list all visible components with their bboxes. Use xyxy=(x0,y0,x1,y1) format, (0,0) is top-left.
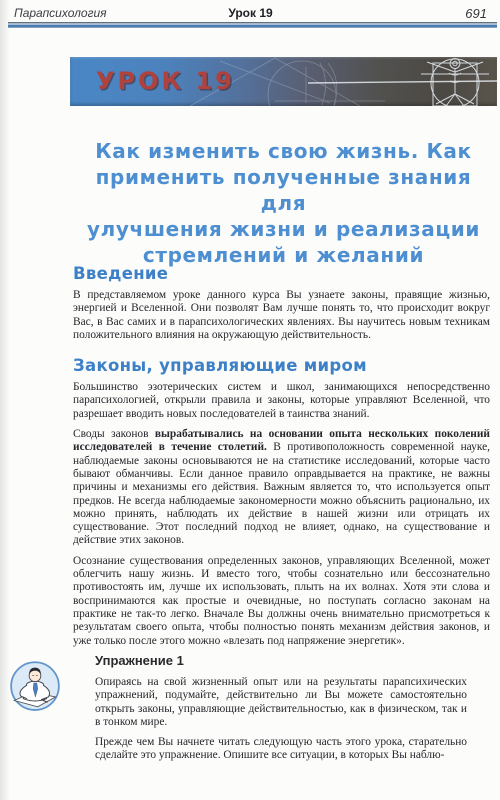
laws-paragraph-2-rest: В противоположность современной науке, н… xyxy=(73,441,490,546)
exercise-paragraph-2: Прежде чем Вы начнете читать следующую ч… xyxy=(95,736,467,763)
lesson-banner-label: УРОК 19 xyxy=(96,66,235,94)
writing-person-icon xyxy=(8,660,62,714)
chapter-title: Как изменить свою жизнь. Как применить п… xyxy=(70,138,497,268)
laws-paragraph-1: Большинство эзотерических систем и школ,… xyxy=(73,381,490,421)
running-head: Парапсихология Урок 19 691 xyxy=(14,6,487,22)
exercise-paragraph-1: Опираясь на свой жизненный опыт или на р… xyxy=(95,676,467,729)
chapter-title-line: применить полученные знания для xyxy=(70,164,497,216)
header-divider-rule xyxy=(8,22,497,28)
laws-paragraph-2: Своды законов вырабатывались на основани… xyxy=(73,428,490,548)
exercise-heading: Упражнение 1 xyxy=(95,653,467,668)
chapter-title-line: улучшения жизни и реализации xyxy=(70,216,497,242)
chapter-title-line: Как изменить свою жизнь. Как xyxy=(70,138,497,164)
intro-paragraph: В представляемом уроке данного курса Вы … xyxy=(73,289,490,342)
exercise-block: Упражнение 1 Опираясь на свой жизненный … xyxy=(95,653,467,763)
running-head-lesson: Урок 19 xyxy=(228,6,272,20)
book-page: Парапсихология Урок 19 691 xyxy=(0,0,500,800)
lesson-banner: УРОК 19 xyxy=(70,57,497,106)
running-head-book-title: Парапсихология xyxy=(14,6,107,20)
laws-paragraph-2-start: Своды законов xyxy=(73,428,155,440)
page-number: 691 xyxy=(465,6,487,21)
section-heading-introduction: Введение xyxy=(73,264,490,283)
laws-paragraph-3: Осознание существования определенных зак… xyxy=(73,555,490,648)
section-heading-laws: Законы, управляющие миром xyxy=(73,356,490,375)
main-text-column: Введение В представляемом уроке данного … xyxy=(73,264,490,648)
